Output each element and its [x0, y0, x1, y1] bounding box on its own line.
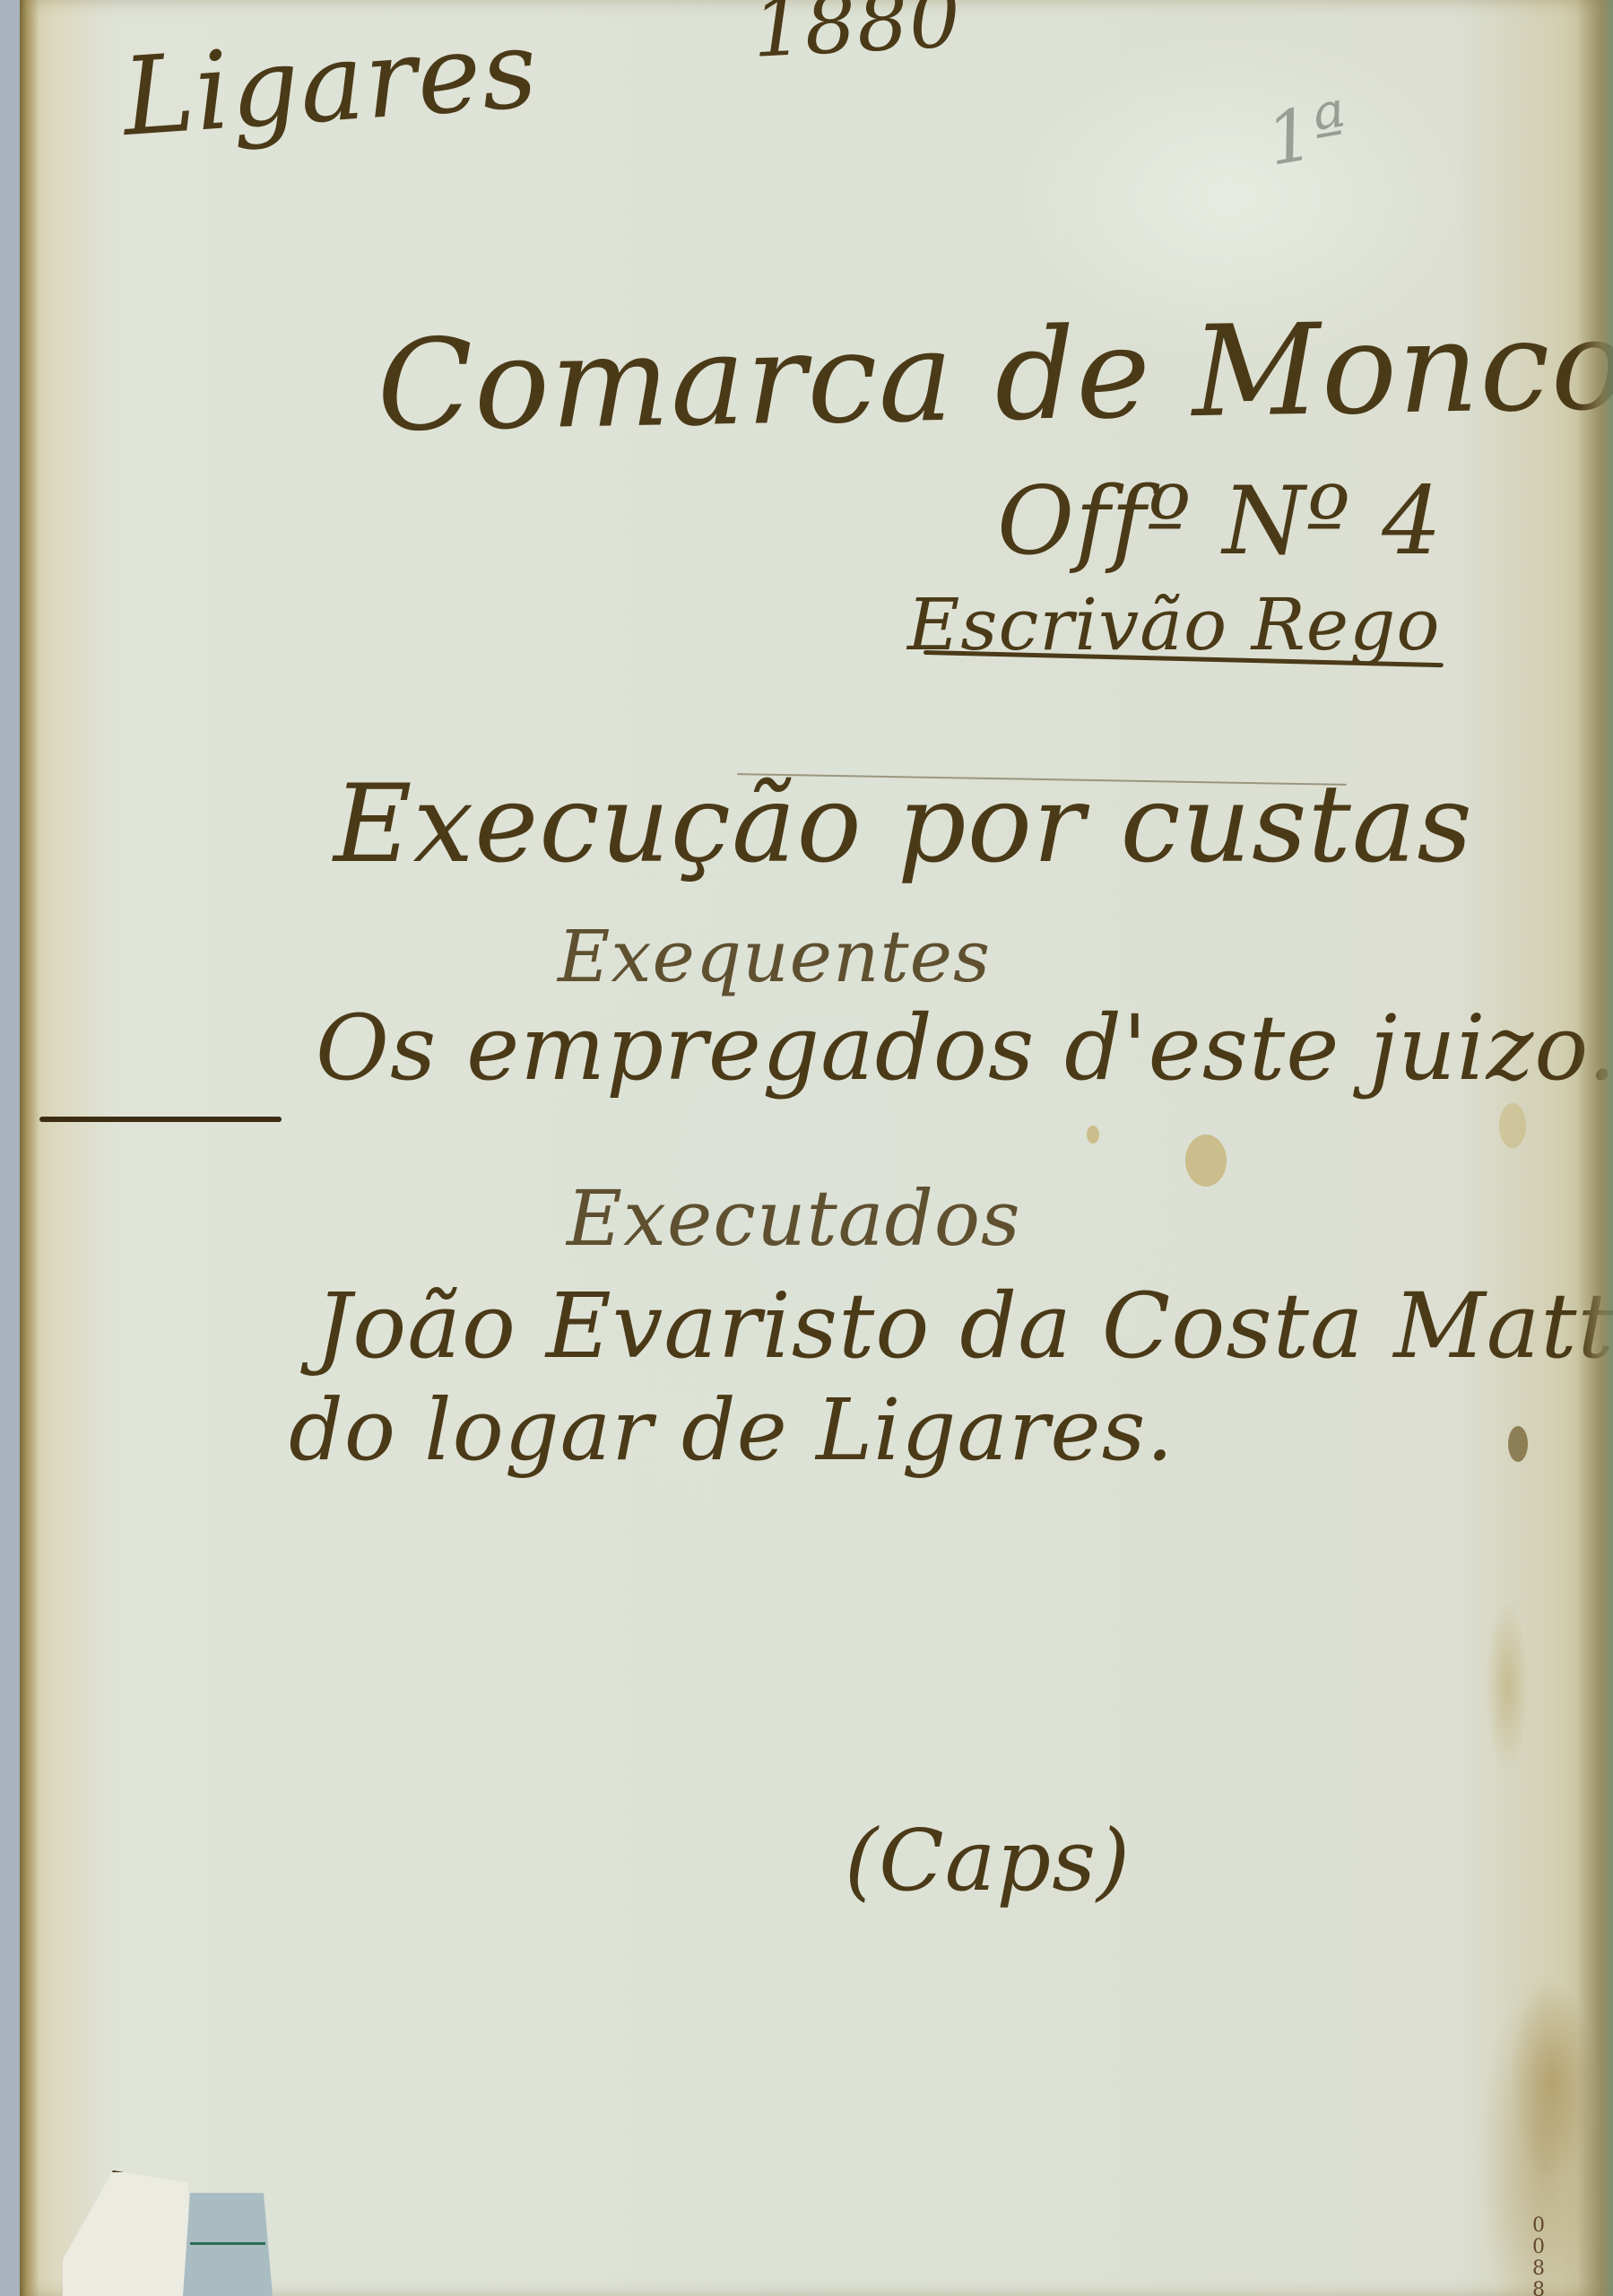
foxing-spot	[1499, 1103, 1526, 1148]
foxing-spot	[1185, 1135, 1227, 1187]
water-stain	[1444, 1578, 1597, 2296]
foxing-spot	[1508, 1426, 1528, 1462]
closing-note: (Caps)	[845, 1812, 1131, 1910]
defendants-label: Executados	[567, 1175, 1021, 1264]
scanned-document: 0 0 8 8 Ligares 1880 1ª Comarca de Monco…	[0, 0, 1613, 2296]
foxing-spot	[1087, 1126, 1099, 1144]
ruled-line	[190, 2242, 265, 2245]
plaintiffs-label: Exequentes	[558, 915, 991, 998]
defendant-location: do logar de Ligares.	[289, 1381, 1175, 1480]
document-year: 1880	[750, 0, 964, 76]
place-heading: Ligares	[118, 7, 542, 161]
office-number: Offº Nº 4	[997, 466, 1443, 576]
margin-ledger-digits: 0 0 8 8	[1532, 2215, 1586, 2296]
defendant-name: João Evaristo da Costa Mattos,	[316, 1274, 1613, 1378]
pencil-folio-mark: 1ª	[1261, 86, 1356, 182]
torn-corner	[63, 2170, 188, 2296]
paper-sheet: 0 0 8 8 Ligares 1880 1ª Comarca de Monco…	[20, 0, 1613, 2296]
plaintiffs-text: Os empregados d'este juizo.	[316, 996, 1613, 1100]
case-type: Execução por custas	[334, 762, 1473, 887]
comarca-heading: Comarca de Moncorvo	[376, 289, 1613, 460]
paper-tear	[39, 1117, 282, 1122]
underlying-blue-sheet	[183, 2193, 273, 2296]
